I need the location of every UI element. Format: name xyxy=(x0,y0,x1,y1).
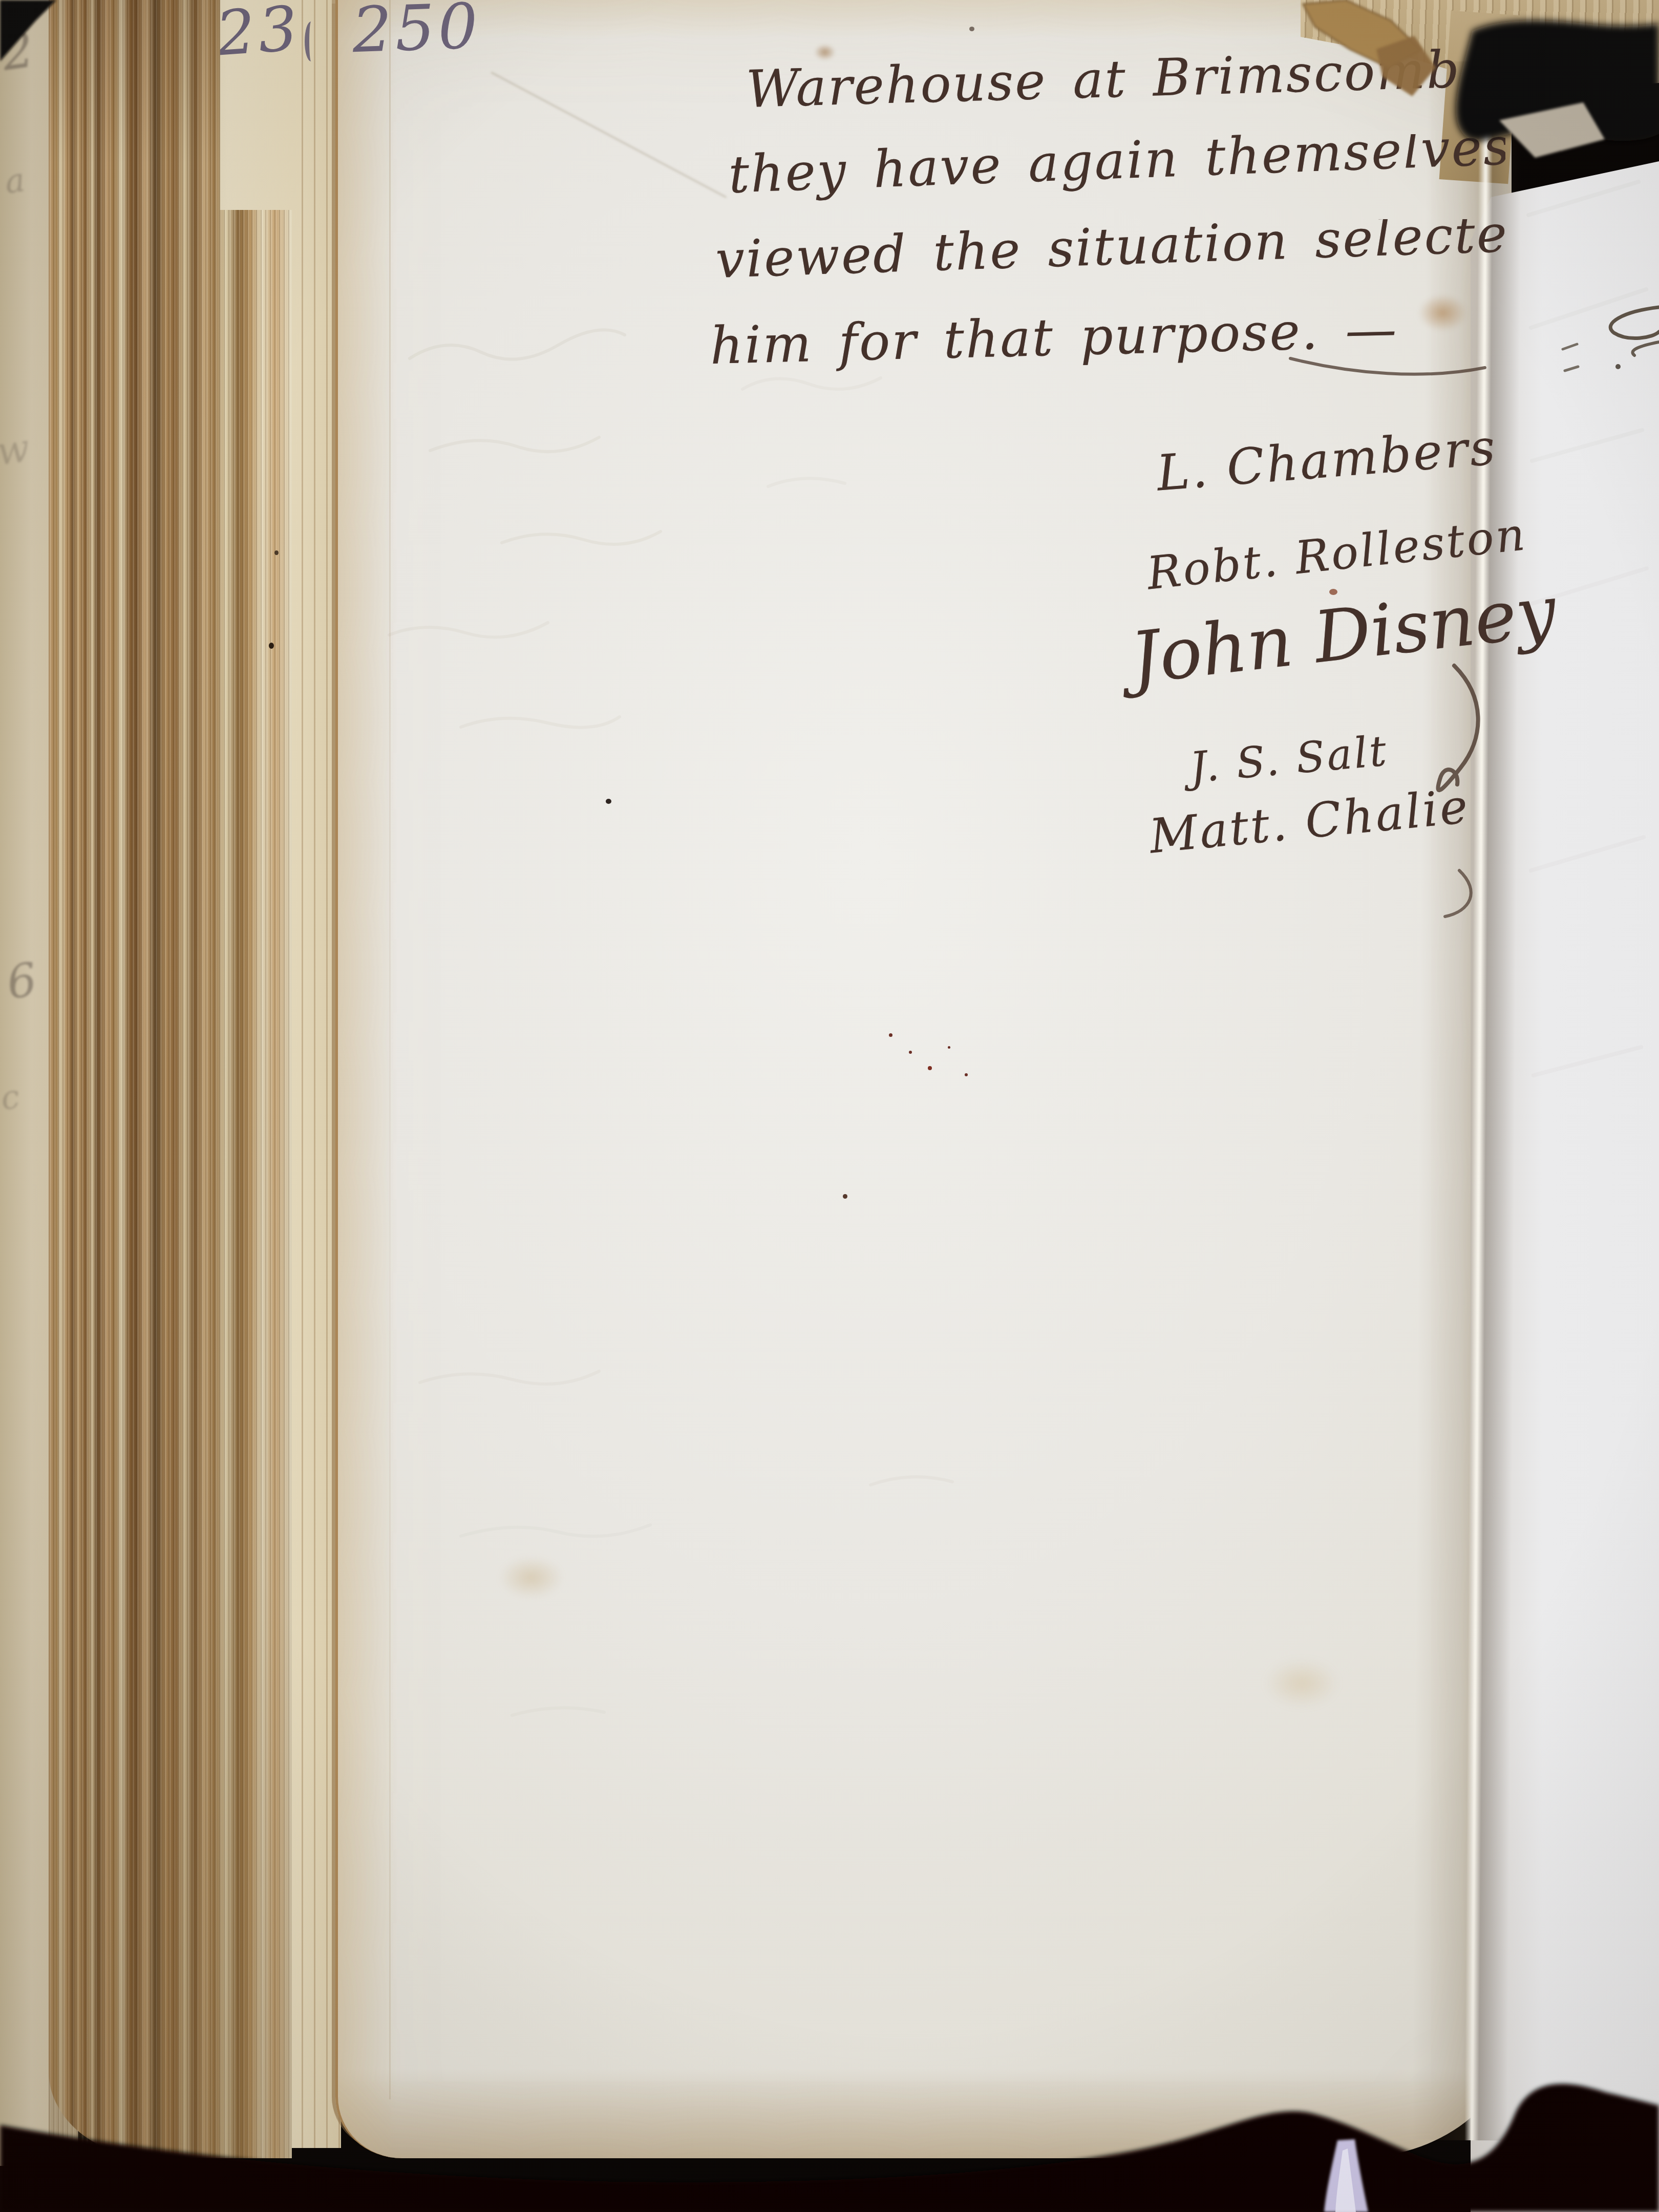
page-number: 250 xyxy=(351,0,482,68)
margin-mark: w xyxy=(0,429,32,471)
open-book-photo: 2 a w 6 c 23 xyxy=(0,0,1659,2212)
ink-speck xyxy=(909,1051,912,1054)
ink-speck xyxy=(965,1073,968,1076)
clipped-digit xyxy=(305,22,317,61)
page-fold-line xyxy=(389,0,391,2099)
margin-mark: c xyxy=(0,1080,22,1115)
page-edge-lines xyxy=(291,0,341,2148)
ink-speck xyxy=(269,643,274,649)
previous-page-number-text: 23 xyxy=(216,0,303,72)
manuscript-line-text: they have again themselves xyxy=(727,134,1505,216)
ink-speck xyxy=(948,1046,950,1049)
margin-mark: a xyxy=(3,164,27,199)
page-edge-stack xyxy=(49,0,292,2158)
ink-speck xyxy=(274,550,279,555)
paper-stain xyxy=(499,1557,563,1599)
ink-speck xyxy=(889,1033,892,1037)
manuscript-line-text: Warehouse at Brimscomb befo xyxy=(745,49,1505,131)
ink-speck xyxy=(969,27,974,31)
ink-speck xyxy=(606,799,611,804)
manuscript-line: him for that purpose. — xyxy=(709,305,1477,415)
margin-mark: 2 xyxy=(0,25,36,78)
manuscript-line-text: viewed the situation selected by xyxy=(714,219,1505,301)
ink-speck xyxy=(928,1066,932,1070)
paper-stain xyxy=(1265,1659,1339,1708)
previous-page-number: 23 xyxy=(216,0,332,76)
margin-mark: 6 xyxy=(4,956,39,1006)
manuscript-line-text: him for that purpose. — xyxy=(709,305,1399,387)
ink-speck xyxy=(843,1194,847,1199)
